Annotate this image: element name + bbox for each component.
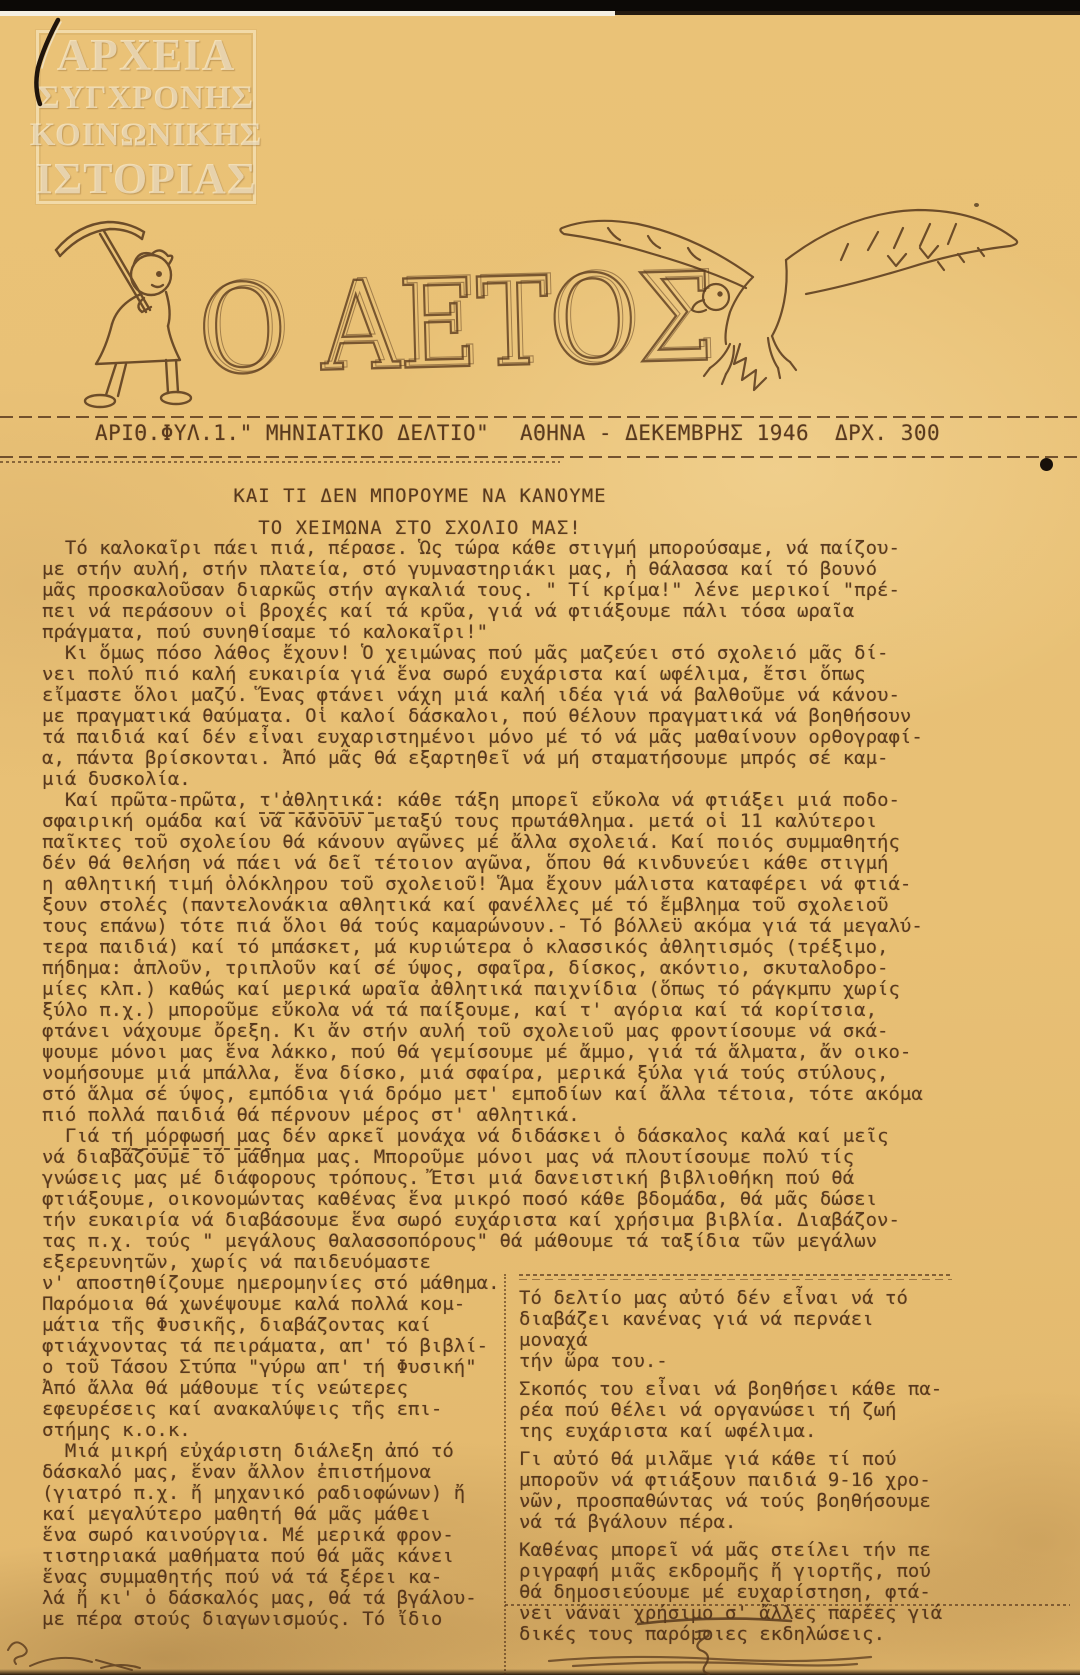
paragraph-3-start: Καί πρῶτα-πρῶτα,	[42, 789, 259, 811]
scan-top-shadow	[615, 11, 1080, 15]
header-rule-bottom	[0, 456, 1080, 458]
footer-dotted-rule	[505, 1604, 1070, 1606]
issue-number: ΑΡΙΘ.ΦΥΛ.1." ΜΗΝΙΑΤΙΚΟ ΔΕΛΤΙΟ"	[95, 421, 489, 445]
header-rule-bottom-fine	[0, 461, 560, 463]
scan-top-highlight	[0, 11, 615, 16]
price: ΔΡΧ. 300	[835, 421, 940, 445]
note-paragraph: Σκοπός του εἶναι νά βοηθήσει κάθε πα- ρέ…	[519, 1379, 952, 1442]
header-rule-top	[0, 416, 1080, 418]
paragraph-2: Κι ὅμως πόσο λάθος ἔχουν! Ὁ χειμώνας πού…	[42, 643, 952, 790]
ink-speck	[974, 203, 979, 207]
paragraph-1: Τό καλοκαῖρι πάει πιά, πέρασε. Ὡς τώρα κ…	[42, 538, 952, 643]
note-paragraph: Καθένας μπορεῖ νά μᾶς στείλει τήν πε ριγ…	[519, 1540, 952, 1645]
headline-line-1: ΚΑΙ ΤΙ ΔΕΝ ΜΠΟΡΟΥΜΕ ΝΑ ΚΑΝΟΥΜΕ	[40, 480, 800, 512]
note-paragraph: Γι αὐτό θά μιλᾶμε γιά κάθε τί πού μποροῦ…	[519, 1449, 952, 1533]
watermark-line: ΣΥΓΧΡΟΝΗΣ	[38, 82, 254, 115]
corner-scribble-mark	[0, 1632, 175, 1675]
paragraph-3-rest: : κάθε τάξη μπορεῖ εὔκολα νά φτιάξει μιά…	[42, 789, 923, 1126]
left-column-text: εξερευνητῶν, χωρίς νά παιδευόμαστε ν' απ…	[42, 1252, 504, 1630]
handwritten-zeta-mark	[678, 1626, 730, 1675]
note-paragraph: Τό δελτίο μας αὐτό δέν εἶναι νά τό διαβά…	[519, 1288, 952, 1372]
ink-dot	[1040, 458, 1053, 471]
paragraph-4-start: Γιά	[42, 1125, 111, 1147]
eagle-drawing	[548, 192, 1033, 407]
paragraph-4: Γιά τή μόρφωσή μας δέν αρκεῖ μονάχα νά δ…	[42, 1126, 952, 1252]
note-top-rule-1	[519, 1274, 952, 1276]
scan-top-edge	[0, 0, 1080, 11]
two-column-section: εξερευνητῶν, χωρίς νά παιδευόμαστε ν' απ…	[42, 1252, 952, 1675]
note-top-rule-2	[519, 1279, 952, 1280]
watermark-line: ΚΟΙΝΩΝΙΚΗΣ	[30, 119, 263, 152]
article-body: Τό καλοκαῖρι πάει πιά, πέρασε. Ὡς τώρα κ…	[42, 538, 952, 1675]
paragraph-3: Καί πρῶτα-πρῶτα, τ'ἀθλητικά: κάθε τάξη μ…	[42, 790, 952, 1126]
article-headline: ΚΑΙ ΤΙ ΔΕΝ ΜΠΟΡΟΥΜΕ ΝΑ ΚΑΝΟΥΜΕ ΤΟ ΧΕΙΜΩΝ…	[40, 480, 800, 544]
watermark-line: ΙΣΤΟΡΙΑΣ	[35, 157, 256, 201]
place-date: ΑΘΗΝΑ - ΔΕΚΕΜΒΡΗΣ 1946	[520, 421, 809, 445]
issue-line: ΑΡΙΘ.ΦΥΛ.1." ΜΗΝΙΑΤΙΚΟ ΔΕΛΤΙΟ" ΑΘΗΝΑ - Δ…	[0, 421, 1080, 461]
watermark-line: ΑΡΧΕΙΑ	[57, 33, 236, 78]
scanned-newsletter-page: ΑΡΧΕΙΑ ΣΥΓΧΡΟΝΗΣ ΚΟΙΝΩΝΙΚΗΣ ΙΣΤΟΡΙΑΣ	[0, 0, 1080, 1675]
staple-mark	[14, 16, 70, 108]
